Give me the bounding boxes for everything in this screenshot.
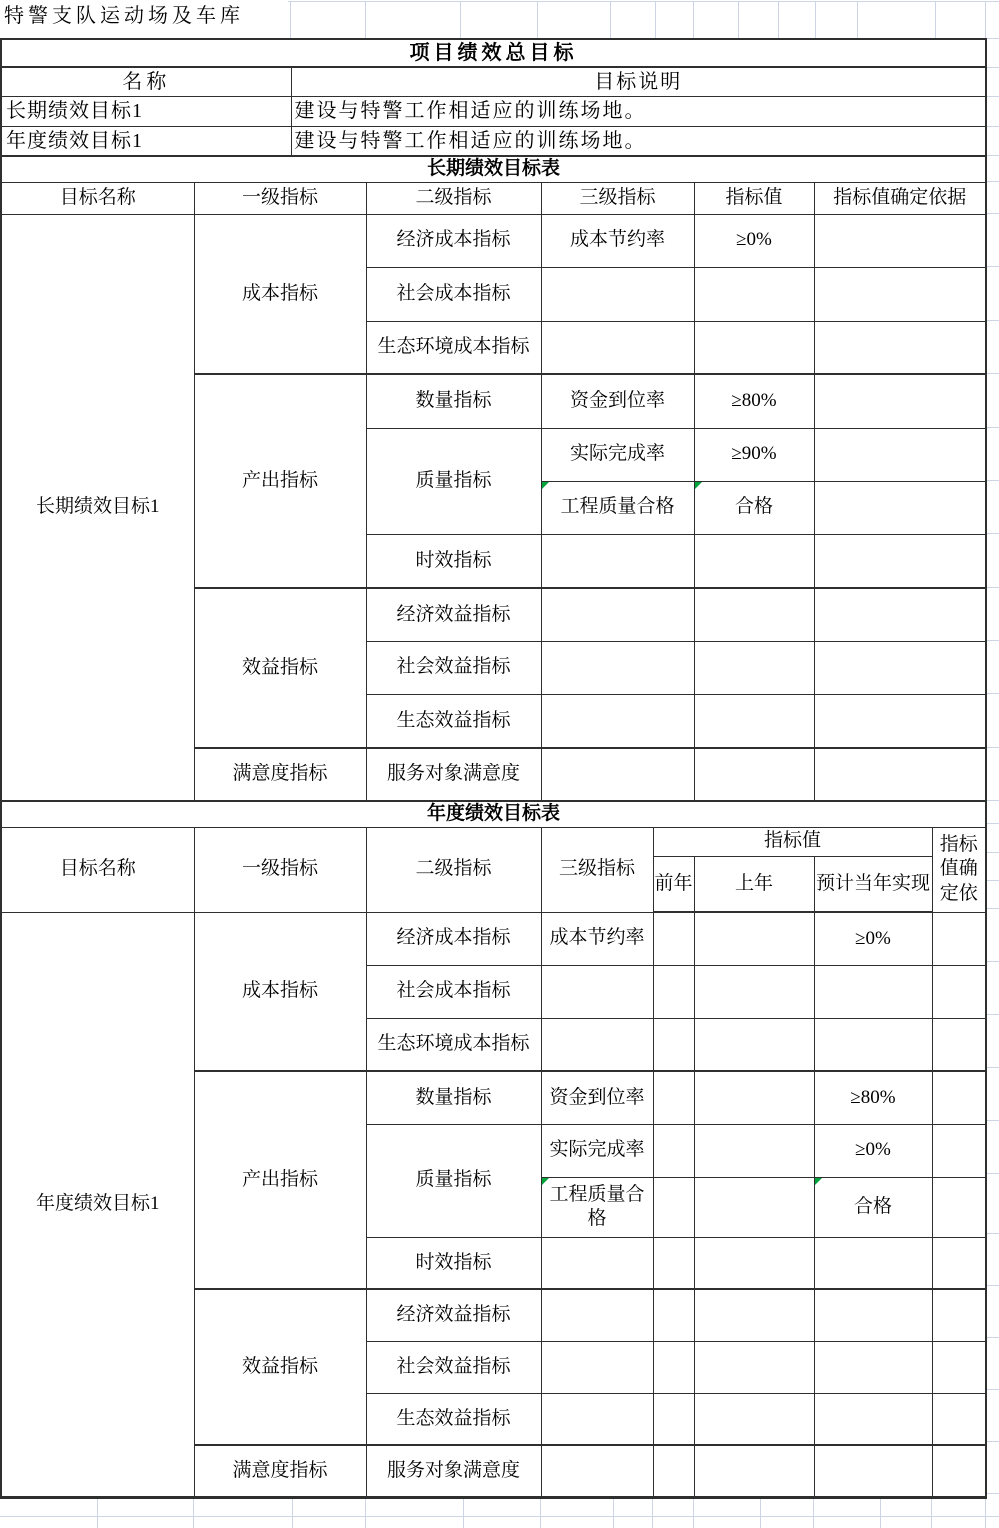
annual-prev-cell[interactable] (694, 1341, 814, 1393)
longterm-basis-cell[interactable] (814, 321, 986, 374)
annual-prev-cell[interactable] (694, 1071, 814, 1124)
longterm-header-level1[interactable]: 一级指标 (194, 182, 366, 214)
longterm-level2-cell[interactable]: 生态效益指标 (366, 694, 541, 748)
annual-basis-cell[interactable] (932, 1018, 986, 1071)
annual-current-cell[interactable]: 合格 (814, 1177, 932, 1237)
longterm-level1-cost[interactable]: 成本指标 (194, 214, 366, 374)
longterm-basis-cell[interactable] (814, 428, 986, 481)
annual-level2-cell[interactable]: 质量指标 (366, 1124, 541, 1237)
longterm-level2-cell[interactable]: 社会效益指标 (366, 641, 541, 694)
annual-prev-cell[interactable] (694, 1393, 814, 1445)
annual-level3-cell[interactable] (541, 1018, 653, 1071)
annual-prev2-cell[interactable] (653, 965, 694, 1018)
annual-basis-cell[interactable] (932, 1393, 986, 1445)
longterm-header-basis[interactable]: 指标值确定依据 (814, 182, 986, 214)
cell-text: 工程质量合格 (549, 1184, 644, 1230)
table-row: 长期绩效目标1 成本指标 经济成本指标 成本节约率 ≥0% (1, 214, 986, 267)
annual-prev2-cell[interactable] (653, 1289, 694, 1341)
annual-header-value-group[interactable]: 指标值 (653, 827, 932, 856)
annual-current-cell[interactable] (814, 1445, 932, 1497)
longterm-basis-cell[interactable] (814, 481, 986, 534)
longterm-level3-cell[interactable]: 成本节约率 (541, 214, 694, 267)
annual-level3-cell[interactable] (541, 1445, 653, 1497)
corner-cell[interactable]: 特警支队运动场及车库 (0, 0, 294, 33)
longterm-value-cell[interactable] (694, 534, 814, 588)
annual-prev2-cell[interactable] (653, 1341, 694, 1393)
annual-prev2-cell[interactable] (653, 1071, 694, 1124)
annual-level3-cell[interactable] (541, 1393, 653, 1445)
annual-prev-cell[interactable] (694, 1289, 814, 1341)
annual-title[interactable]: 年度绩效目标表 (1, 801, 986, 827)
annual-prev-cell[interactable] (694, 1177, 814, 1237)
annual-current-cell[interactable] (814, 1393, 932, 1445)
annual-header-current[interactable]: 预计当年实现 (814, 856, 932, 912)
summary-goal-desc[interactable]: 建设与特警工作相适应的训练场地。 (291, 126, 986, 156)
annual-level2-cell[interactable]: 社会效益指标 (366, 1341, 541, 1393)
annual-level3-cell[interactable]: 成本节约率 (541, 912, 653, 965)
longterm-value-cell[interactable]: ≥80% (694, 374, 814, 428)
summary-goal-desc[interactable]: 建设与特警工作相适应的训练场地。 (291, 96, 986, 126)
longterm-level2-cell[interactable]: 数量指标 (366, 374, 541, 428)
comment-marker (542, 482, 549, 489)
annual-level2-cell[interactable]: 社会成本指标 (366, 965, 541, 1018)
longterm-basis-cell[interactable] (814, 748, 986, 801)
annual-prev-cell[interactable] (694, 965, 814, 1018)
annual-basis-cell[interactable] (932, 1071, 986, 1124)
annual-level3-cell[interactable]: 工程质量合格 (541, 1177, 653, 1237)
annual-level1-benefit[interactable]: 效益指标 (194, 1289, 366, 1445)
annual-header-level1[interactable]: 一级指标 (194, 827, 366, 912)
annual-basis-cell[interactable] (932, 1124, 986, 1177)
longterm-header-level3[interactable]: 三级指标 (541, 182, 694, 214)
longterm-level2-cell[interactable]: 社会成本指标 (366, 267, 541, 321)
longterm-level1-output[interactable]: 产出指标 (194, 374, 366, 588)
longterm-value-cell[interactable] (694, 641, 814, 694)
annual-current-cell[interactable]: ≥80% (814, 1071, 932, 1124)
annual-header-goal[interactable]: 目标名称 (1, 827, 194, 912)
longterm-header-goal[interactable]: 目标名称 (1, 182, 194, 214)
annual-prev2-cell[interactable] (653, 1237, 694, 1289)
longterm-level3-cell[interactable] (541, 641, 694, 694)
longterm-basis-cell[interactable] (814, 374, 986, 428)
longterm-basis-cell[interactable] (814, 214, 986, 267)
annual-basis-cell[interactable] (932, 1177, 986, 1237)
annual-prev2-cell[interactable] (653, 1124, 694, 1177)
longterm-level1-satisfaction[interactable]: 满意度指标 (194, 748, 366, 801)
comment-marker (815, 1178, 822, 1185)
annual-level2-cell[interactable]: 服务对象满意度 (366, 1445, 541, 1497)
annual-header-level2[interactable]: 二级指标 (366, 827, 541, 912)
annual-level1-output[interactable]: 产出指标 (194, 1071, 366, 1289)
longterm-level1-benefit[interactable]: 效益指标 (194, 588, 366, 748)
longterm-basis-cell[interactable] (814, 588, 986, 641)
longterm-table: 长期绩效目标表 目标名称 一级指标 二级指标 三级指标 指标值 指标值确定依据 … (0, 155, 987, 802)
annual-header-prev[interactable]: 上年 (694, 856, 814, 912)
annual-table: 年度绩效目标表 目标名称 一级指标 二级指标 三级指标 指标值 指标值确定依 前… (0, 800, 987, 1499)
cell-text: 合格 (854, 1196, 892, 1217)
annual-header-level3[interactable]: 三级指标 (541, 827, 653, 912)
annual-header-prev2[interactable]: 前年 (653, 856, 694, 912)
longterm-level3-cell[interactable] (541, 321, 694, 374)
annual-prev-cell[interactable] (694, 912, 814, 965)
annual-basis-cell[interactable] (932, 1237, 986, 1289)
annual-basis-cell[interactable] (932, 965, 986, 1018)
cell-text: 工程质量合格 (560, 496, 674, 517)
longterm-value-cell[interactable]: ≥90% (694, 428, 814, 481)
annual-prev-cell[interactable] (694, 1018, 814, 1071)
summary-row: 长期绩效目标1 建设与特警工作相适应的训练场地。 (1, 96, 986, 126)
summary-goal-name[interactable]: 长期绩效目标1 (1, 96, 291, 126)
annual-prev-cell[interactable] (694, 1124, 814, 1177)
annual-prev2-cell[interactable] (653, 1445, 694, 1497)
sheet-gridlines-right (985, 0, 999, 1528)
longterm-value-cell[interactable] (694, 588, 814, 641)
longterm-header-level2[interactable]: 二级指标 (366, 182, 541, 214)
summary-row: 年度绩效目标1 建设与特警工作相适应的训练场地。 (1, 126, 986, 156)
longterm-title[interactable]: 长期绩效目标表 (1, 156, 986, 182)
summary-title[interactable]: 项目绩效总目标 (1, 39, 986, 67)
annual-level2-cell[interactable]: 生态环境成本指标 (366, 1018, 541, 1071)
annual-prev-cell[interactable] (694, 1445, 814, 1497)
longterm-value-cell[interactable] (694, 748, 814, 801)
longterm-level3-cell[interactable] (541, 534, 694, 588)
longterm-level3-cell[interactable]: 工程质量合格 (541, 481, 694, 534)
annual-prev-cell[interactable] (694, 1237, 814, 1289)
summary-goal-name[interactable]: 年度绩效目标1 (1, 126, 291, 156)
summary-table: 项目绩效总目标 名称 目标说明 长期绩效目标1 建设与特警工作相适应的训练场地。… (0, 38, 987, 157)
annual-goal-cell[interactable]: 年度绩效目标1 (1, 912, 194, 1497)
annual-level2-cell[interactable]: 时效指标 (366, 1237, 541, 1289)
annual-level2-cell[interactable]: 经济效益指标 (366, 1289, 541, 1341)
longterm-basis-cell[interactable] (814, 534, 986, 588)
annual-current-cell[interactable]: ≥0% (814, 1124, 932, 1177)
longterm-basis-cell[interactable] (814, 267, 986, 321)
annual-basis-cell[interactable] (932, 1289, 986, 1341)
longterm-level3-cell[interactable] (541, 694, 694, 748)
longterm-value-cell[interactable] (694, 321, 814, 374)
longterm-value-cell[interactable]: 合格 (694, 481, 814, 534)
summary-name-header[interactable]: 名称 (1, 67, 291, 96)
annual-prev2-cell[interactable] (653, 1177, 694, 1237)
annual-current-cell[interactable]: ≥0% (814, 912, 932, 965)
annual-basis-cell[interactable] (932, 912, 986, 965)
longterm-goal-cell[interactable]: 长期绩效目标1 (1, 214, 194, 801)
longterm-value-cell[interactable]: ≥0% (694, 214, 814, 267)
annual-level2-cell[interactable]: 生态效益指标 (366, 1393, 541, 1445)
annual-level3-cell[interactable] (541, 1237, 653, 1289)
longterm-level3-cell[interactable] (541, 267, 694, 321)
annual-level2-cell[interactable]: 经济成本指标 (366, 912, 541, 965)
annual-level3-cell[interactable] (541, 965, 653, 1018)
annual-level3-cell[interactable]: 实际完成率 (541, 1124, 653, 1177)
annual-basis-cell[interactable] (932, 1341, 986, 1393)
annual-current-cell[interactable] (814, 1018, 932, 1071)
annual-current-cell[interactable] (814, 1341, 932, 1393)
longterm-level3-cell[interactable]: 资金到位率 (541, 374, 694, 428)
longterm-level3-cell[interactable]: 实际完成率 (541, 428, 694, 481)
annual-level1-cost[interactable]: 成本指标 (194, 912, 366, 1071)
longterm-level3-cell[interactable] (541, 588, 694, 641)
comment-marker (542, 1178, 549, 1185)
longterm-level2-cell[interactable]: 经济成本指标 (366, 214, 541, 267)
annual-header-basis[interactable]: 指标值确定依 (932, 827, 986, 912)
longterm-level2-cell[interactable]: 服务对象满意度 (366, 748, 541, 801)
annual-level3-cell[interactable] (541, 1289, 653, 1341)
longterm-level2-cell[interactable]: 时效指标 (366, 534, 541, 588)
annual-basis-cell[interactable] (932, 1445, 986, 1497)
annual-current-cell[interactable] (814, 965, 932, 1018)
longterm-value-cell[interactable] (694, 267, 814, 321)
annual-current-cell[interactable] (814, 1289, 932, 1341)
annual-prev2-cell[interactable] (653, 1393, 694, 1445)
cell-text: 合格 (735, 496, 773, 517)
table-row: 年度绩效目标1 成本指标 经济成本指标 成本节约率 ≥0% (1, 912, 986, 965)
longterm-basis-cell[interactable] (814, 694, 986, 748)
summary-desc-header[interactable]: 目标说明 (291, 67, 986, 96)
annual-level3-cell[interactable]: 资金到位率 (541, 1071, 653, 1124)
longterm-level2-cell[interactable]: 质量指标 (366, 428, 541, 534)
longterm-level2-cell[interactable]: 生态环境成本指标 (366, 321, 541, 374)
longterm-value-cell[interactable] (694, 694, 814, 748)
longterm-level3-cell[interactable] (541, 748, 694, 801)
longterm-basis-cell[interactable] (814, 641, 986, 694)
annual-level1-satisfaction[interactable]: 满意度指标 (194, 1445, 366, 1497)
longterm-level2-cell[interactable]: 经济效益指标 (366, 588, 541, 641)
longterm-header-value[interactable]: 指标值 (694, 182, 814, 214)
annual-level3-cell[interactable] (541, 1341, 653, 1393)
annual-level2-cell[interactable]: 数量指标 (366, 1071, 541, 1124)
annual-current-cell[interactable] (814, 1237, 932, 1289)
annual-prev2-cell[interactable] (653, 1018, 694, 1071)
comment-marker (695, 482, 702, 489)
annual-prev2-cell[interactable] (653, 912, 694, 965)
